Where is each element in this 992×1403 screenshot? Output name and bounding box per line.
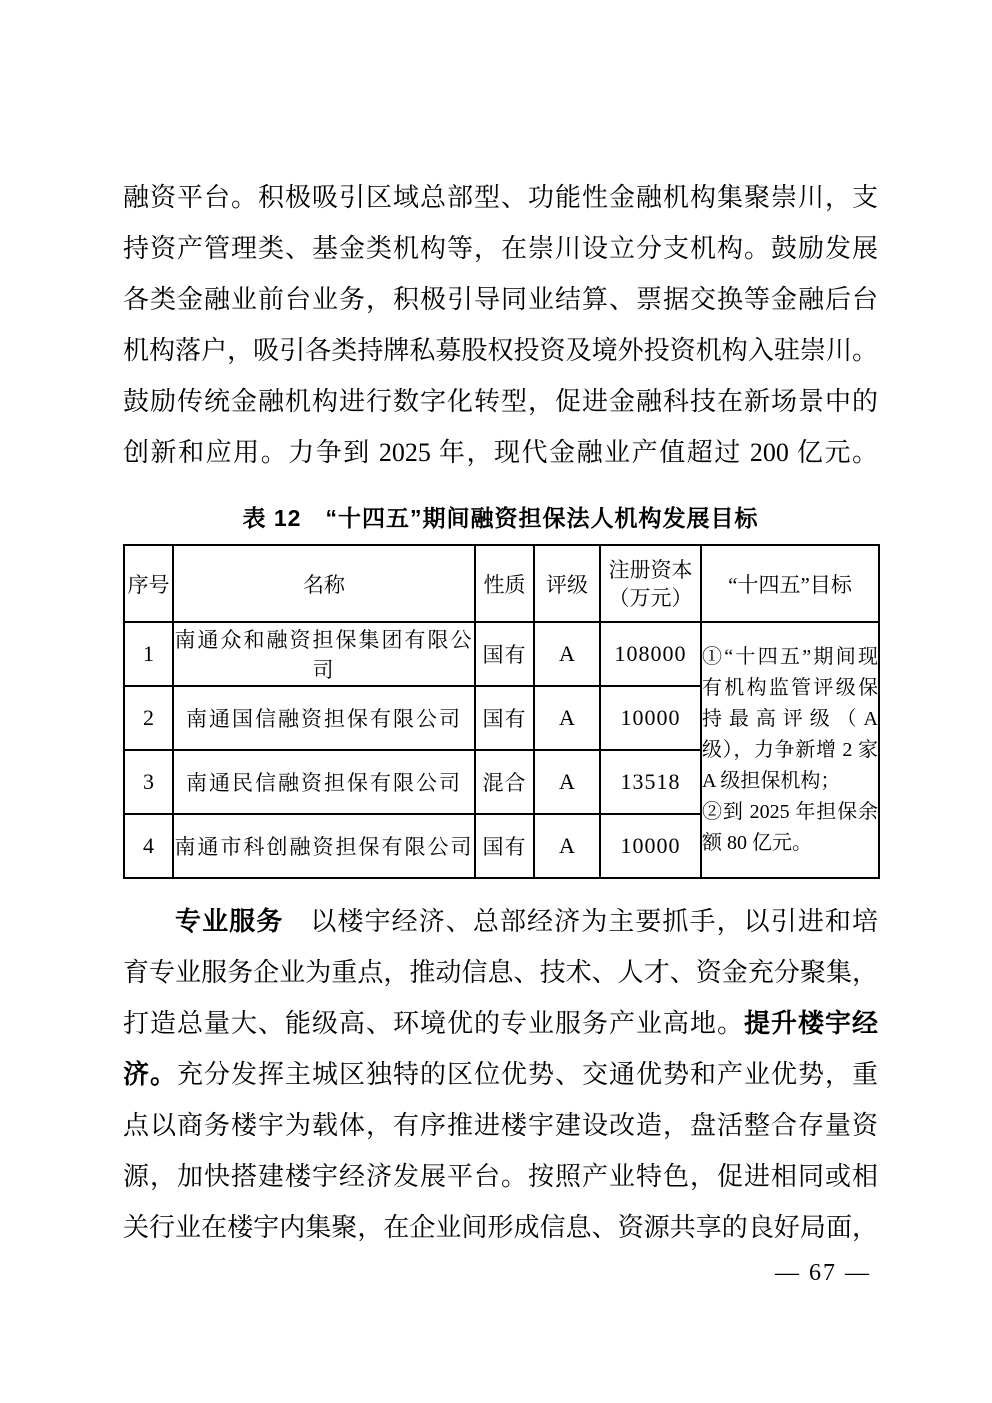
run-in-heading-building-economy-cont: 济。 — [123, 1059, 177, 1089]
header-rating: 评级 — [534, 545, 600, 622]
body-text: 充分发挥主城区独特的区位优势、交通优势和产业优势，重 — [177, 1060, 878, 1089]
cell-capital: 10000 — [600, 814, 701, 878]
run-in-heading-building-economy: 提升楼宇经 — [744, 1008, 878, 1038]
cell-nature: 国有 — [475, 814, 534, 878]
cell-name: 南通民信融资担保有限公司 — [173, 750, 475, 814]
body-line: 机构落户，吸引各类持牌私募股权投资及境外投资机构入驻崇川。 — [123, 325, 878, 376]
body-line: 育专业服务企业为重点，推动信息、技术、人才、资金充分聚集， — [123, 947, 878, 998]
body-line: 各类金融业前台业务，积极引导同业结算、票据交换等金融后台 — [123, 274, 878, 325]
cell-nature: 国有 — [475, 622, 534, 686]
body-line: 关行业在楼宇内集聚，在企业间形成信息、资源共享的良好局面， — [123, 1202, 878, 1253]
header-nature: 性质 — [475, 545, 534, 622]
cell-capital: 13518 — [600, 750, 701, 814]
header-name: 名称 — [173, 545, 475, 622]
table-12-guarantee-institutions: 序号 名称 性质 评级 注册资本 （万元） “十四五”目标 1 南通众和融资担保… — [123, 544, 880, 879]
cell-rating: A — [534, 622, 600, 686]
paragraph-professional-services: 专业服务 以楼宇经济、总部经济为主要抓手，以引进和培 育专业服务企业为重点，推动… — [123, 896, 878, 1253]
cell-name: 南通国信融资担保有限公司 — [173, 686, 475, 750]
paragraph-finance: 融资平台。积极吸引区域总部型、功能性金融机构集聚崇川，支 持资产管理类、基金类机… — [123, 172, 878, 478]
body-line: 创新和应用。力争到 2025 年，现代金融业产值超过 200 亿元。 — [123, 427, 878, 478]
body-line: 济。充分发挥主城区独特的区位优势、交通优势和产业优势，重 — [123, 1049, 878, 1100]
body-line: 专业服务 以楼宇经济、总部经济为主要抓手，以引进和培 — [123, 896, 878, 947]
body-line: 点以商务楼宇为载体，有序推进楼宇建设改造，盘活整合存量资 — [123, 1100, 878, 1151]
header-no: 序号 — [124, 545, 173, 622]
cell-no: 2 — [124, 686, 173, 750]
body-text: 以楼宇经济、总部经济为主要抓手，以引进和培 — [283, 907, 878, 936]
body-line: 鼓励传统金融机构进行数字化转型，促进金融科技在新场景中的 — [123, 376, 878, 427]
cell-capital: 108000 — [600, 622, 701, 686]
header-registered-capital: 注册资本 （万元） — [600, 545, 701, 622]
goal-item-2: ②到 2025 年担保余额 80 亿元。 — [702, 797, 878, 859]
cell-no: 1 — [124, 622, 173, 686]
body-text: 打造总量大、能级高、环境优的专业服务产业高地。 — [123, 1009, 744, 1038]
cell-nature: 混合 — [475, 750, 534, 814]
body-line: 融资平台。积极吸引区域总部型、功能性金融机构集聚崇川，支 — [123, 172, 878, 223]
cell-nature: 国有 — [475, 686, 534, 750]
page-number: — 67 — — [123, 1260, 871, 1287]
cell-no: 4 — [124, 814, 173, 878]
cell-rating: A — [534, 686, 600, 750]
body-line: 持资产管理类、基金类机构等，在崇川设立分支机构。鼓励发展 — [123, 223, 878, 274]
header-capital-line2: （万元） — [601, 584, 700, 612]
cell-name: 南通众和融资担保集团有限公司 — [173, 622, 475, 686]
header-capital-line1: 注册资本 — [601, 556, 700, 584]
cell-capital: 10000 — [600, 686, 701, 750]
table-header-row: 序号 名称 性质 评级 注册资本 （万元） “十四五”目标 — [124, 545, 879, 622]
cell-rating: A — [534, 750, 600, 814]
header-14-5-goal: “十四五”目标 — [701, 545, 879, 622]
table-caption: 表 12 “十四五”期间融资担保法人机构发展目标 — [123, 500, 878, 533]
cell-no: 3 — [124, 750, 173, 814]
cell-name: 南通市科创融资担保有限公司 — [173, 814, 475, 878]
run-in-heading-professional-services: 专业服务 — [175, 906, 283, 936]
cell-14-5-goal: ①“十四五”期间现有机构监管评级保持最高评级（A 级），力争新增 2 家 A 级… — [701, 622, 879, 878]
body-line: 源，加快搭建楼宇经济发展平台。按照产业特色，促进相同或相 — [123, 1151, 878, 1202]
body-line: 打造总量大、能级高、环境优的专业服务产业高地。提升楼宇经 — [123, 998, 878, 1049]
table-row: 1 南通众和融资担保集团有限公司 国有 A 108000 ①“十四五”期间现有机… — [124, 622, 879, 686]
document-page: 融资平台。积极吸引区域总部型、功能性金融机构集聚崇川，支 持资产管理类、基金类机… — [0, 0, 992, 1403]
goal-item-1: ①“十四五”期间现有机构监管评级保持最高评级（A 级），力争新增 2 家 A 级… — [702, 642, 878, 797]
cell-rating: A — [534, 814, 600, 878]
